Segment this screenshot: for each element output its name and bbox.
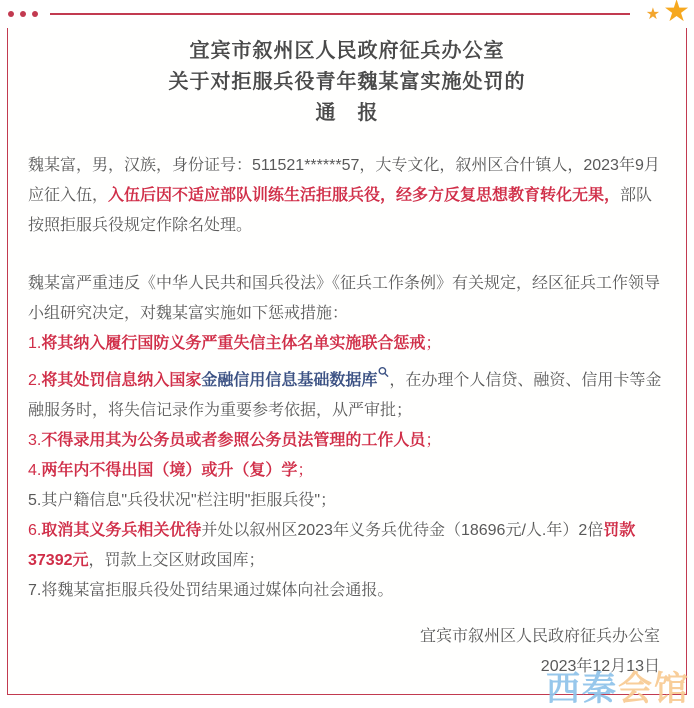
- three-dots-icon: [8, 11, 38, 17]
- decision-paragraph: 魏某富严重违反《中华人民共和国兵役法》《征兵工作条例》有关规定，经区征兵工作领导…: [28, 269, 666, 329]
- title-line-1: 宜宾市叙州区人民政府征兵办公室: [28, 36, 666, 67]
- measure-tail: ；: [425, 335, 441, 352]
- notice-title: 宜宾市叙州区人民政府征兵办公室 关于对拒服兵役青年魏某富实施处罚的 通 报: [28, 36, 666, 129]
- watermark: 西秦会馆: [546, 672, 690, 706]
- top-decoration-bar: ★ ★: [0, 0, 694, 28]
- entity-link[interactable]: 金融信用信息基础数据库: [201, 372, 377, 389]
- measure-5: 5.其户籍信息"兵役状况"栏注明"拒服兵役"；: [28, 486, 666, 516]
- measure-tail: ；: [425, 432, 441, 449]
- intro-paragraph: 魏某富，男，汉族，身份证号：511521******57，大专文化，叙州区合什镇…: [28, 151, 666, 241]
- measure-tail: ；: [297, 462, 313, 479]
- small-star-icon: ★: [646, 7, 660, 23]
- dot-icon: [32, 11, 38, 17]
- measure-7: 7.将魏某富拒服兵役处罚结果通过媒体向社会通报。: [28, 576, 666, 606]
- title-line-3: 通 报: [28, 98, 666, 129]
- measure-text: 将其处罚信息纳入国家: [41, 372, 201, 389]
- search-icon[interactable]: [378, 359, 389, 389]
- measure-2: 2.将其处罚信息纳入国家金融信用信息基础数据库，在办理个人信贷、融资、信用卡等金…: [28, 359, 666, 426]
- watermark-part-1: 西秦: [546, 670, 618, 708]
- notice-document-box: 宜宾市叙州区人民政府征兵办公室 关于对拒服兵役青年魏某富实施处罚的 通 报 魏某…: [7, 28, 687, 695]
- dot-icon: [20, 11, 26, 17]
- big-star-icon: ★: [663, 0, 690, 27]
- horizontal-rule: [50, 13, 630, 15]
- measure-number: 7.: [28, 582, 41, 599]
- measure-text: 两年内不得出国（境）或升（复）学: [41, 462, 297, 479]
- measure-number: 5.: [28, 492, 41, 509]
- measure-text: 将其纳入履行国防义务严重失信主体名单实施联合惩戒: [41, 335, 425, 352]
- measure-number: 2.: [28, 372, 41, 389]
- dot-icon: [8, 11, 14, 17]
- measure-text: 将魏某富拒服兵役处罚结果通过媒体向社会通报。: [41, 582, 393, 599]
- measure-3: 3.不得录用其为公务员或者参照公务员法管理的工作人员；: [28, 426, 666, 456]
- intro-highlight: 入伍后因不适应部队训练生活拒服兵役，经多方反复思想教育转化无果，: [108, 187, 620, 204]
- measure-6: 6.取消其义务兵相关优待并处以叙州区2023年义务兵优待金（18696元/人.年…: [28, 516, 666, 576]
- measure-text: 不得录用其为公务员或者参照公务员法管理的工作人员: [41, 432, 425, 449]
- measure-text: 其户籍信息"兵役状况"栏注明"拒服兵役"；: [41, 492, 336, 509]
- measure-number: 1.: [28, 335, 41, 352]
- notice-body: 魏某富，男，汉族，身份证号：511521******57，大专文化，叙州区合什镇…: [28, 151, 666, 682]
- measure-number: 6.: [28, 522, 41, 539]
- measure-1: 1.将其纳入履行国防义务严重失信主体名单实施联合惩戒；: [28, 329, 666, 359]
- measure-text: 取消其义务兵相关优待: [41, 522, 201, 539]
- watermark-part-2: 会馆: [618, 670, 690, 708]
- measure-4: 4.两年内不得出国（境）或升（复）学；: [28, 456, 666, 486]
- measure-number: 3.: [28, 432, 41, 449]
- measure-number: 4.: [28, 462, 41, 479]
- measure-tail: ，罚款上交区财政国库；: [89, 552, 265, 569]
- signature-org: 宜宾市叙州区人民政府征兵办公室: [28, 622, 660, 652]
- measure-middle: 并处以叙州区2023年义务兵优待金（18696元/人.年）2倍: [201, 522, 603, 539]
- title-line-2: 关于对拒服兵役青年魏某富实施处罚的: [28, 67, 666, 98]
